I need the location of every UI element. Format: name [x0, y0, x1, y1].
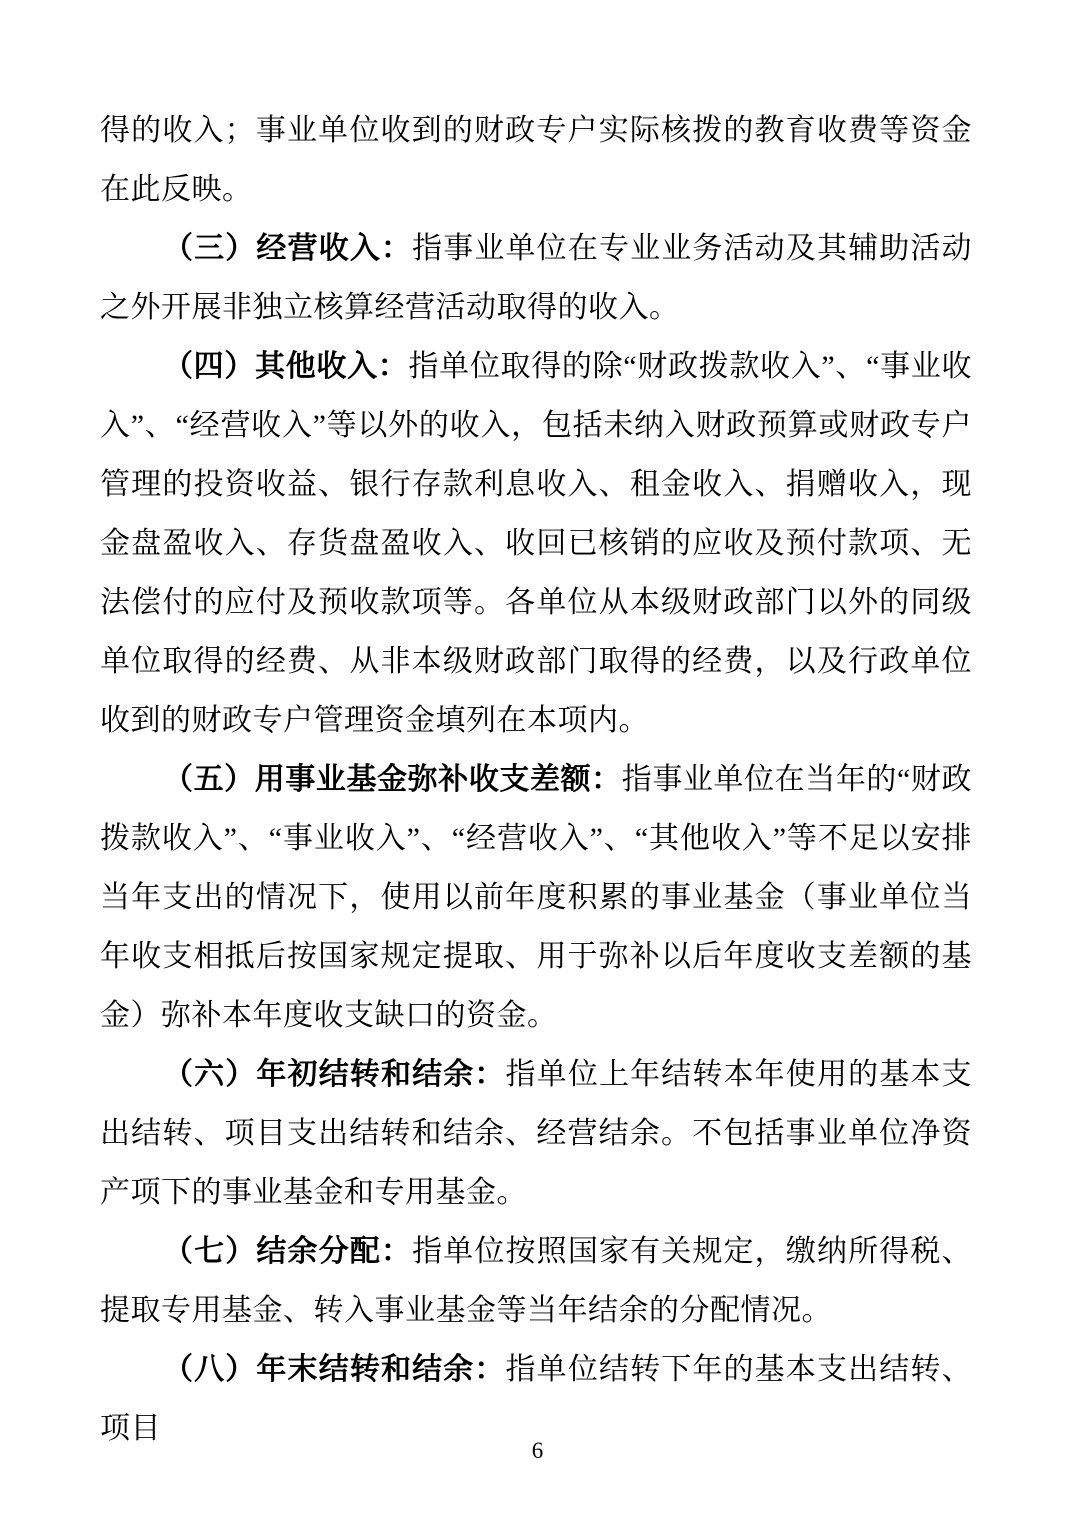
paragraph-section-3: （三）经营收入：指事业单位在专业业务活动及其辅助活动之外开展非独立核算经营活动取… — [100, 219, 972, 337]
section-heading: （七）结余分配： — [163, 1235, 412, 1268]
section-heading: （五）用事业基金弥补收支差额： — [163, 763, 622, 796]
page-number: 6 — [0, 1436, 1075, 1466]
section-heading: （六）年初结转和结余： — [163, 1058, 506, 1091]
paragraph-section-6: （六）年初结转和结余：指单位上年结转本年使用的基本支出结转、项目支出结转和结余、… — [100, 1045, 972, 1222]
document-body: 得的收入；事业单位收到的财政专户实际核拨的教育收费等资金在此反映。 （三）经营收… — [100, 101, 972, 1458]
document-page: 得的收入；事业单位收到的财政专户实际核拨的教育收费等资金在此反映。 （三）经营收… — [0, 0, 1075, 1520]
paragraph-section-7: （七）结余分配：指单位按照国家有关规定，缴纳所得税、提取专用基金、转入事业基金等… — [100, 1222, 972, 1340]
section-heading: （八）年末结转和结余： — [163, 1353, 506, 1386]
section-heading: （四）其他收入： — [163, 350, 409, 383]
paragraph-continuation: 得的收入；事业单位收到的财政专户实际核拨的教育收费等资金在此反映。 — [100, 101, 972, 219]
paragraph-text: 得的收入；事业单位收到的财政专户实际核拨的教育收费等资金在此反映。 — [100, 114, 972, 206]
paragraph-section-4: （四）其他收入：指单位取得的除“财政拨款收入”、“事业收入”、“经营收入”等以外… — [100, 337, 972, 750]
paragraph-section-5: （五）用事业基金弥补收支差额：指事业单位在当年的“财政拨款收入”、“事业收入”、… — [100, 750, 972, 1045]
paragraph-text: 指单位取得的除“财政拨款收入”、“事业收入”、“经营收入”等以外的收入，包括未纳… — [100, 350, 972, 737]
section-heading: （三）经营收入： — [163, 232, 412, 265]
paragraph-text: 指事业单位在当年的“财政拨款收入”、“事业收入”、“经营收入”、“其他收入”等不… — [100, 763, 972, 1032]
